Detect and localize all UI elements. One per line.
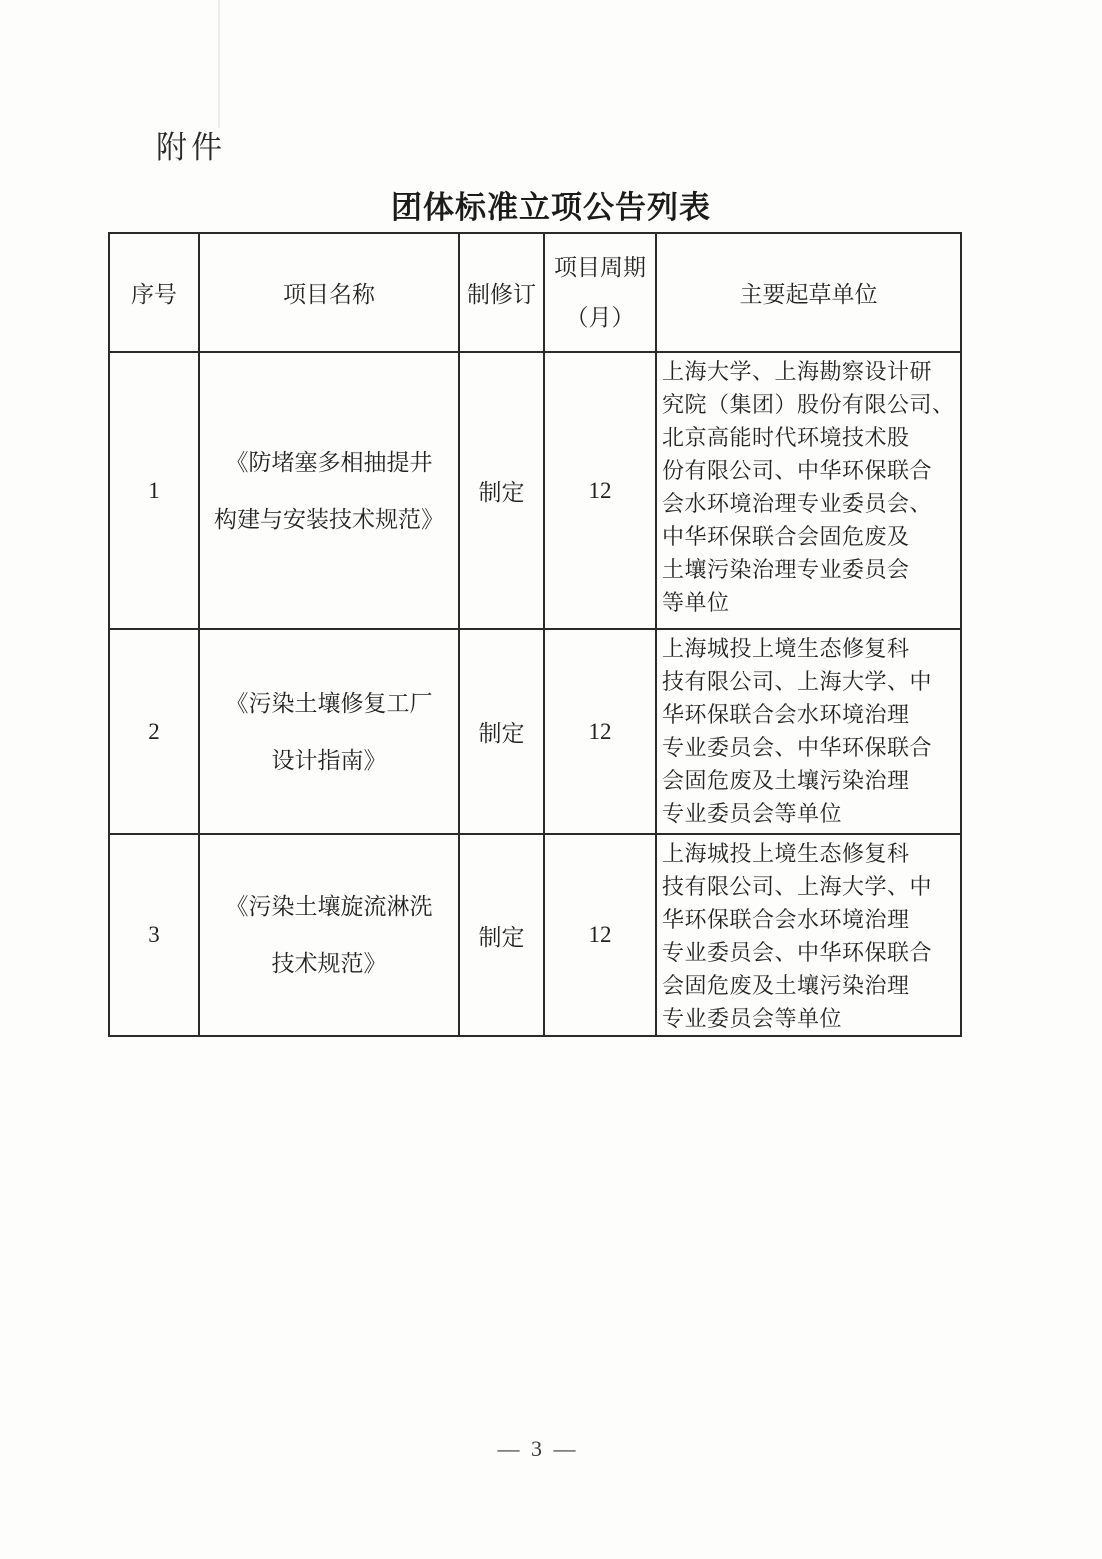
header-drafters: 主要起草单位 (656, 233, 961, 352)
cell-revision: 制定 (459, 352, 544, 629)
scan-artifact-line (218, 0, 220, 128)
header-name: 项目名称 (199, 233, 459, 352)
cell-no: 3 (109, 834, 199, 1036)
cell-no: 1 (109, 352, 199, 629)
cell-period: 12 (544, 352, 656, 629)
table-row: 2 《污染土壤修复工厂 设计指南》 制定 12 上海城投上境生态修复科 技有限公… (109, 629, 961, 834)
page-number: — 3 — (0, 1436, 1076, 1462)
table-header-row: 序号 项目名称 制修订 项目周期 （月） 主要起草单位 (109, 233, 961, 352)
cell-drafters: 上海大学、上海勘察设计研 究院（集团）股份有限公司、 北京高能时代环境技术股 份… (656, 352, 961, 629)
cell-period: 12 (544, 834, 656, 1036)
document-page: 附件 团体标准立项公告列表 序号 项目名称 制修订 项目周期 （月） 主要起草单… (0, 0, 1102, 1559)
cell-period: 12 (544, 629, 656, 834)
cell-name: 《防堵塞多相抽提井 构建与安装技术规范》 (199, 352, 459, 629)
cell-name: 《污染土壤修复工厂 设计指南》 (199, 629, 459, 834)
page-title: 团体标准立项公告列表 (0, 182, 1102, 227)
standards-table: 序号 项目名称 制修订 项目周期 （月） 主要起草单位 1 《防堵塞多相抽提井 … (108, 232, 962, 1037)
attachment-label: 附件 (156, 122, 226, 167)
table-row: 1 《防堵塞多相抽提井 构建与安装技术规范》 制定 12 上海大学、上海勘察设计… (109, 352, 961, 629)
header-no: 序号 (109, 233, 199, 352)
header-revision: 制修订 (459, 233, 544, 352)
cell-no: 2 (109, 629, 199, 834)
cell-revision: 制定 (459, 834, 544, 1036)
cell-revision: 制定 (459, 629, 544, 834)
table-row: 3 《污染土壤旋流淋洗 技术规范》 制定 12 上海城投上境生态修复科 技有限公… (109, 834, 961, 1036)
cell-drafters: 上海城投上境生态修复科 技有限公司、上海大学、中 华环保联合会水环境治理 专业委… (656, 629, 961, 834)
cell-name: 《污染土壤旋流淋洗 技术规范》 (199, 834, 459, 1036)
cell-drafters: 上海城投上境生态修复科 技有限公司、上海大学、中 华环保联合会水环境治理 专业委… (656, 834, 961, 1036)
header-period: 项目周期 （月） (544, 233, 656, 352)
